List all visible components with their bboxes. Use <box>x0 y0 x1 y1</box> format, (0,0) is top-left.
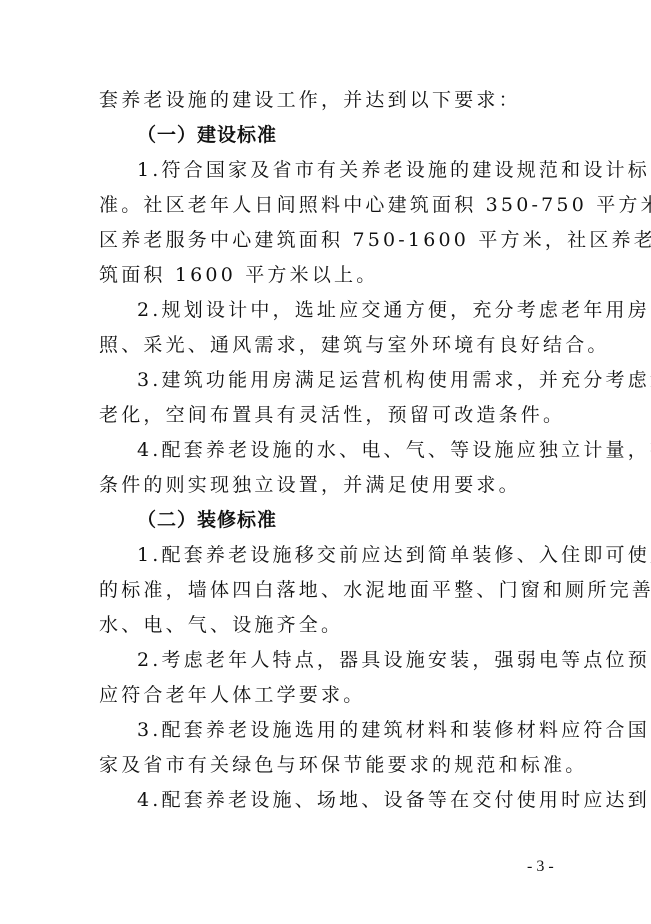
text-line: 3.建筑功能用房满足运营机构使用需求，并充分考虑适 <box>137 369 559 391</box>
text-line: 3.配套养老设施选用的建筑材料和装修材料应符合国 <box>137 719 559 741</box>
text-line: 条件的则实现独立设置，并满足使用要求。 <box>99 474 559 496</box>
text-line: 老化，空间布置具有灵活性，预留可改造条件。 <box>99 404 559 426</box>
text-line: 准。社区老年人日间照料中心建筑面积 350-750 平方米，社 <box>99 194 559 216</box>
text-line: 照、采光、通风需求，建筑与室外环境有良好结合。 <box>99 334 559 356</box>
text-line: 套养老设施的建设工作，并达到以下要求： <box>99 89 559 111</box>
text-line: 区养老服务中心建筑面积 750-1600 平方米，社区养老院建 <box>99 229 559 251</box>
text-line: 筑面积 1600 平方米以上。 <box>99 264 559 286</box>
text-line: 水、电、气、设施齐全。 <box>99 614 559 636</box>
text-line: 应符合老年人体工学要求。 <box>99 684 559 706</box>
text-line: 2.考虑老年人特点，器具设施安装，强弱电等点位预留 <box>137 649 559 671</box>
page-number: - 3 - <box>527 858 554 876</box>
text-line: 的标准，墙体四白落地、水泥地面平整、门窗和厕所完善， <box>99 579 559 601</box>
section-heading-decoration-standard: （二）装修标准 <box>137 509 559 531</box>
document-page: 套养老设施的建设工作，并达到以下要求： （一）建设标准 1.符合国家及省市有关养… <box>0 0 651 924</box>
text-line: 4.配套养老设施的水、电、气、等设施应独立计量，有 <box>137 439 559 461</box>
text-line: 1.配套养老设施移交前应达到简单装修、入住即可使用 <box>137 544 559 566</box>
text-line: 4.配套养老设施、场地、设备等在交付使用时应达到国 <box>137 789 559 811</box>
text-line: 1.符合国家及省市有关养老设施的建设规范和设计标 <box>137 159 559 181</box>
text-line: 家及省市有关绿色与环保节能要求的规范和标准。 <box>99 754 559 776</box>
section-heading-construction-standard: （一）建设标准 <box>137 124 559 146</box>
text-line: 2.规划设计中，选址应交通方便，充分考虑老年用房日 <box>137 299 559 321</box>
